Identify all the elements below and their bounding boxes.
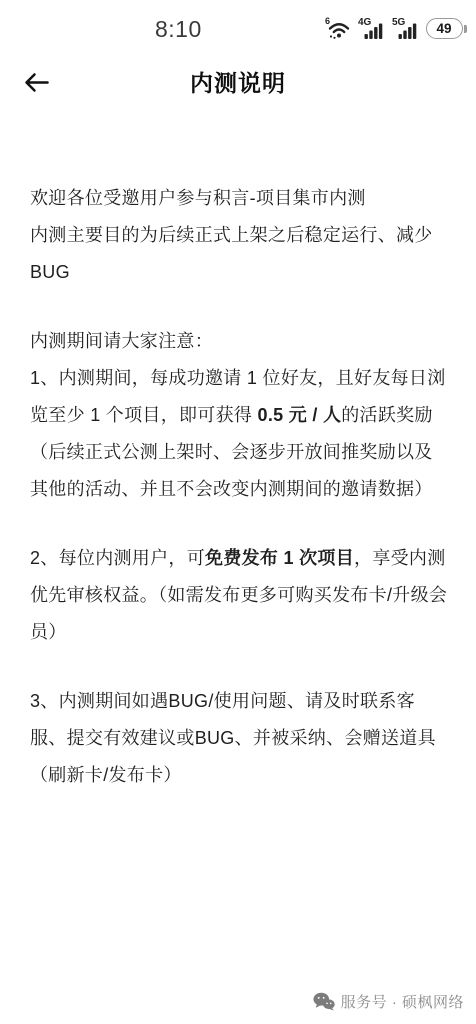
back-button[interactable] [20,70,52,98]
notice-item-3: 3、内测期间如遇BUG/使用问题、请及时联系客服、提交有效建议或BUG、并被采纳… [30,683,450,794]
battery-nub [464,25,467,33]
battery-percent: 49 [436,21,451,36]
signal-bars-5g-icon: 5G [392,16,419,40]
intro-line-1: 欢迎各位受邀用户参与积言-项目集市内测 [30,180,450,217]
signal-bars-4g-icon: 4G [358,16,385,40]
item1-bold: 0.5 元 / 人 [258,405,342,425]
intro-line-2: 内测主要目的为后续正式上架之后稳定运行、减少BUG [30,217,450,291]
arrow-left-icon [23,71,50,97]
notice-item-3-text: 3、内测期间如遇BUG/使用问题、请及时联系客服、提交有效建议或BUG、并被采纳… [30,683,450,794]
item2-pre: 2、每位内测用户，可 [30,548,205,568]
status-time: 8:10 [155,16,202,43]
status-icons: 6 4G 5G [325,14,468,40]
notice-item-2: 2、每位内测用户，可免费发布 1 次项目，享受内测优先审核权益。（如需发布更多可… [30,540,450,651]
wechat-icon [313,992,335,1011]
network-type-label-2: 5G [392,17,406,28]
notice-item-1: 内测期间请大家注意： 1、内测期间，每成功邀请 1 位好友，且好友每日浏览至少 … [30,323,450,508]
account-watermark: 服务号 · 硕枫网络 [313,991,464,1012]
notice-heading: 内测期间请大家注意： [30,323,450,360]
notice-item-1-text: 1、内测期间，每成功邀请 1 位好友，且好友每日浏览至少 1 个项目，即可获得 … [30,360,450,508]
wifi-generation-label: 6 [325,16,330,26]
network-type-label-1: 4G [358,17,372,28]
app-screen: 8:10 6 4G [0,0,476,1024]
status-bar: 8:10 6 4G [0,0,476,55]
item2-bold: 免费发布 1 次项目 [205,548,354,568]
nav-bar: 内测说明 [0,55,476,111]
beta-notes-text: 欢迎各位受邀用户参与积言-项目集市内测 内测主要目的为后续正式上架之后稳定运行、… [30,180,450,826]
notice-item-2-text: 2、每位内测用户，可免费发布 1 次项目，享受内测优先审核权益。（如需发布更多可… [30,540,450,651]
battery-icon: 49 [426,18,468,39]
page-title: 内测说明 [0,55,476,111]
watermark-text: 服务号 · 硕枫网络 [341,991,464,1012]
wifi6-icon: 6 [325,16,351,40]
intro-paragraph: 欢迎各位受邀用户参与积言-项目集市内测 内测主要目的为后续正式上架之后稳定运行、… [30,180,450,291]
